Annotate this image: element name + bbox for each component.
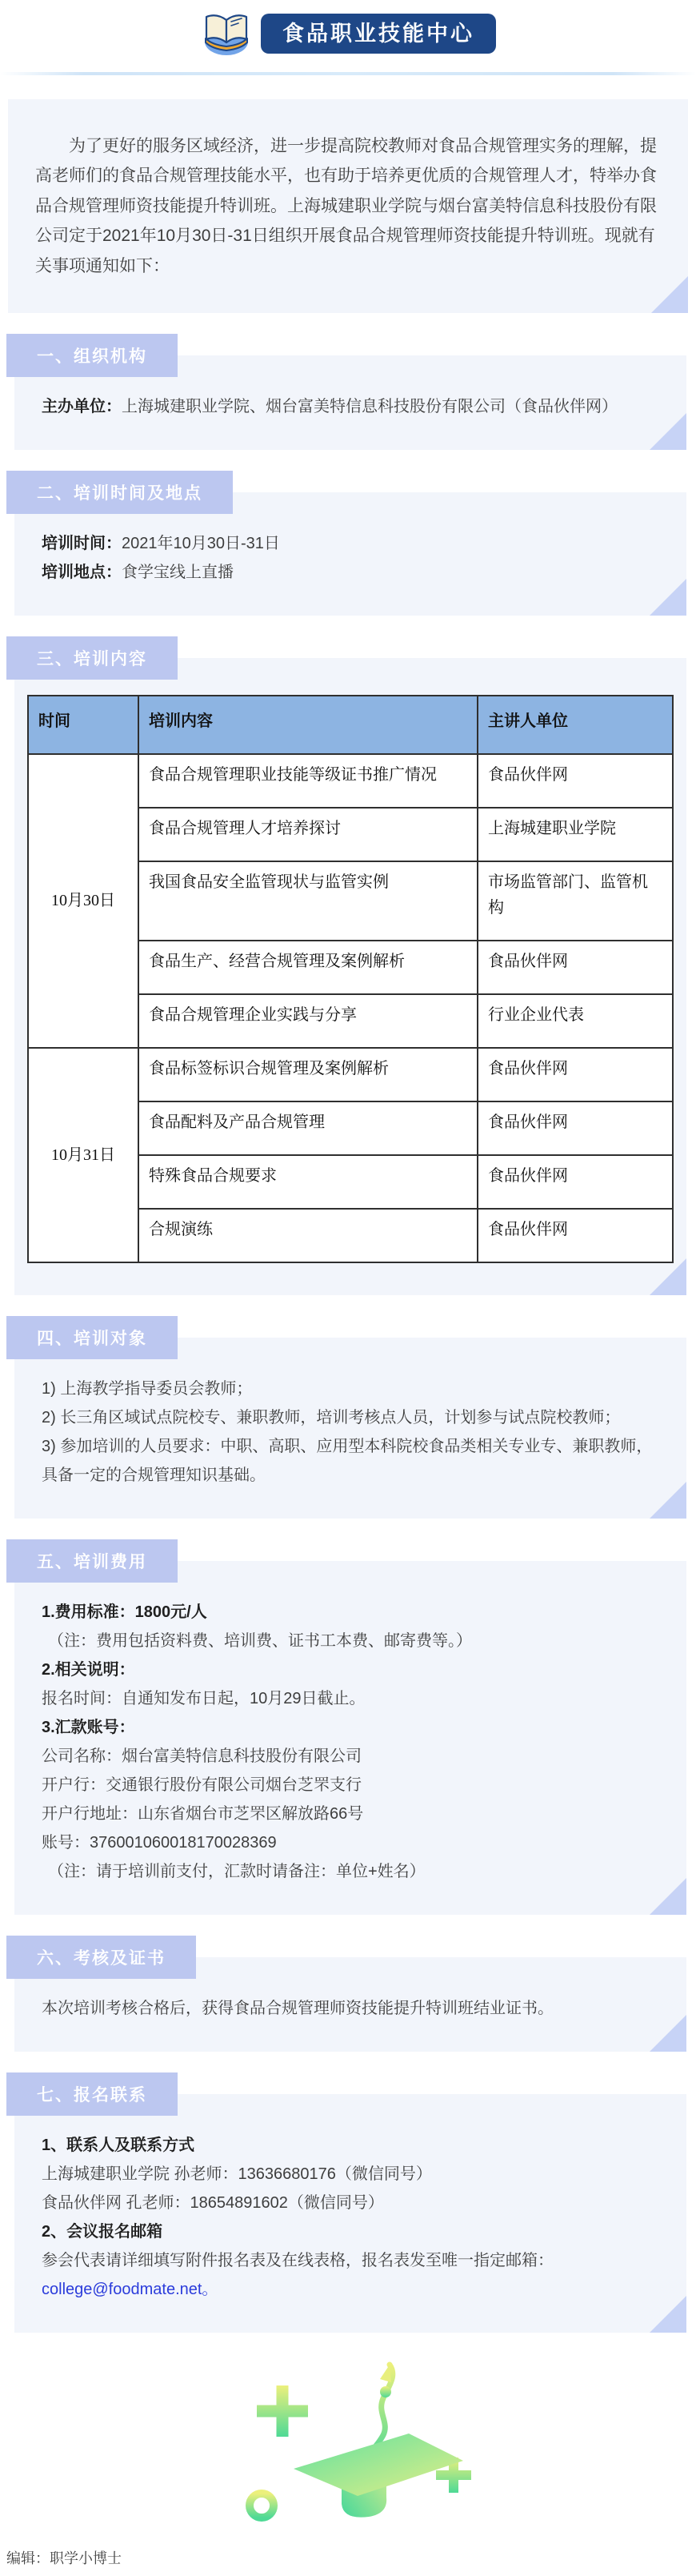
contact-title: 1、联系人及联系方式 xyxy=(42,2131,659,2160)
company-name: 公司名称：烟台富美特信息科技股份有限公司 xyxy=(42,1742,659,1771)
contact-person: 上海城建职业学院 孙老师：13636680176（微信同号） xyxy=(42,2160,659,2189)
schedule-speaker-cell: 市场监管部门、监管机构 xyxy=(478,861,673,941)
section-title-badge: 三、培训内容 xyxy=(6,636,178,680)
section-title-badge: 七、报名联系 xyxy=(6,2072,178,2116)
page-title: 食品职业技能中心 xyxy=(261,14,496,54)
schedule-topic-cell: 合规演练 xyxy=(138,1209,478,1262)
section-audience: 四、培训对象 1) 上海教学指导委员会教师； 2) 长三角区域试点院校专、兼职教… xyxy=(0,1316,696,1519)
section-certificate: 六、考核及证书 本次培训考核合格后，获得食品合规管理师资技能提升特训班结业证书。 xyxy=(0,1936,696,2052)
schedule-speaker-cell: 食品伙伴网 xyxy=(478,754,673,808)
account-number: 账号：376001060018170028369 xyxy=(42,1828,659,1857)
intro-panel: 为了更好的服务区域经济，进一步提高院校教师对食品合规管理实务的理解，提高老师们的… xyxy=(8,99,688,313)
open-book-icon xyxy=(200,10,253,58)
schedule-speaker-cell: 食品伙伴网 xyxy=(478,1101,673,1155)
fee-note: （注：费用包括资料费、培训费、证书工本费、邮寄费等。） xyxy=(42,1627,659,1655)
schedule-topic-cell: 食品标签标识合规管理及案例解析 xyxy=(138,1048,478,1101)
related-notes-title: 2.相关说明： xyxy=(42,1655,659,1684)
table-row: 10月30日 食品合规管理职业技能等级证书推广情况 食品伙伴网 xyxy=(28,754,673,808)
certificate-text: 本次培训考核合格后，获得食品合规管理师资技能提升特训班结业证书。 xyxy=(42,1994,659,2023)
fee-standard: 1.费用标准：1800元/人 xyxy=(42,1598,659,1627)
field-label: 主办单位： xyxy=(42,398,122,415)
schedule-speaker-cell: 行业企业代表 xyxy=(478,994,673,1048)
schedule-speaker-cell: 食品伙伴网 xyxy=(478,1209,673,1262)
schedule-topic-cell: 食品生产、经营合规管理及案例解析 xyxy=(138,941,478,994)
section-panel: 1.费用标准：1800元/人 （注：费用包括资料费、培训费、证书工本费、邮寄费等… xyxy=(14,1561,686,1915)
text-line: 主办单位：上海城建职业学院、烟台富美特信息科技股份有限公司（食品伙伴网） xyxy=(42,392,659,421)
list-item: 3) 参加培训的人员要求：中职、高职、应用型本科院校食品类相关专业专、兼职教师，… xyxy=(42,1432,659,1490)
field-label: 培训时间： xyxy=(42,535,122,552)
schedule-speaker-cell: 食品伙伴网 xyxy=(478,1155,673,1209)
section-fees: 五、培训费用 1.费用标准：1800元/人 （注：费用包括资料费、培训费、证书工… xyxy=(0,1539,696,1915)
field-value: 食学宝线上直播 xyxy=(122,564,234,581)
field-value: 2021年10月30日-31日 xyxy=(122,535,280,552)
email-link[interactable]: college@foodmate.net。 xyxy=(42,2281,218,2298)
page-header: 食品职业技能中心 xyxy=(0,0,696,64)
schedule-topic-cell: 食品配料及产品合规管理 xyxy=(138,1101,478,1155)
header-divider xyxy=(0,72,696,75)
table-header-row: 时间 培训内容 主讲人单位 xyxy=(28,696,673,754)
schedule-topic-cell: 食品合规管理企业实践与分享 xyxy=(138,994,478,1048)
contact-person: 食品伙伴网 孔老师：18654891602（微信同号） xyxy=(42,2189,659,2217)
section-title-badge: 二、培训时间及地点 xyxy=(6,471,233,514)
remittance-title: 3.汇款账号： xyxy=(42,1713,659,1742)
section-title-badge: 一、组织机构 xyxy=(6,334,178,377)
training-schedule-table: 时间 培训内容 主讲人单位 10月30日 食品合规管理职业技能等级证书推广情况 … xyxy=(27,695,674,1263)
list-item: 1) 上海教学指导委员会教师； xyxy=(42,1374,659,1403)
text-line: 培训时间：2021年10月30日-31日 xyxy=(42,529,659,558)
col-header-content: 培训内容 xyxy=(138,696,478,754)
email-description: 参会代表请详细填写附件报名表及在线表格，报名表发至唯一指定邮箱： xyxy=(42,2246,659,2275)
section-contact: 七、报名联系 1、联系人及联系方式 上海城建职业学院 孙老师：136366801… xyxy=(0,2072,696,2333)
schedule-topic-cell: 食品合规管理人才培养探讨 xyxy=(138,808,478,861)
section-panel: 1) 上海教学指导委员会教师； 2) 长三角区域试点院校专、兼职教师，培训考核点… xyxy=(14,1338,686,1519)
section-panel: 1、联系人及联系方式 上海城建职业学院 孙老师：13636680176（微信同号… xyxy=(14,2094,686,2333)
col-header-speaker: 主讲人单位 xyxy=(478,696,673,754)
schedule-date-cell: 10月31日 xyxy=(28,1048,138,1262)
email-title: 2、会议报名邮箱 xyxy=(42,2217,659,2246)
section-organizer: 一、组织机构 主办单位：上海城建职业学院、烟台富美特信息科技股份有限公司（食品伙… xyxy=(0,334,696,450)
schedule-speaker-cell: 上海城建职业学院 xyxy=(478,808,673,861)
schedule-topic-cell: 我国食品安全监管现状与监管实例 xyxy=(138,861,478,941)
section-title-badge: 五、培训费用 xyxy=(6,1539,178,1583)
schedule-topic-cell: 特殊食品合规要求 xyxy=(138,1155,478,1209)
editor-credit: 编辑：职学小博士 xyxy=(6,2547,696,2568)
graduation-cap-illustration xyxy=(0,2355,696,2539)
section-title-badge: 六、考核及证书 xyxy=(6,1936,196,1979)
schedule-speaker-cell: 食品伙伴网 xyxy=(478,1048,673,1101)
section-training-content: 三、培训内容 时间 培训内容 主讲人单位 10月30日 食品合规管理职业技能等级… xyxy=(0,636,696,1295)
text-line: 培训地点：食学宝线上直播 xyxy=(42,558,659,587)
table-row: 10月31日 食品标签标识合规管理及案例解析 食品伙伴网 xyxy=(28,1048,673,1101)
field-label: 培训地点： xyxy=(42,564,122,581)
col-header-time: 时间 xyxy=(28,696,138,754)
bank-address: 开户行地址：山东省烟台市芝罘区解放路66号 xyxy=(42,1800,659,1828)
payment-note: （注：请于培训前支付，汇款时请备注：单位+姓名） xyxy=(42,1857,659,1886)
signup-deadline: 报名时间：自通知发布日起，10月29日截止。 xyxy=(42,1684,659,1713)
schedule-speaker-cell: 食品伙伴网 xyxy=(478,941,673,994)
section-panel: 时间 培训内容 主讲人单位 10月30日 食品合规管理职业技能等级证书推广情况 … xyxy=(14,658,686,1295)
schedule-date-cell: 10月30日 xyxy=(28,754,138,1048)
intro-paragraph: 为了更好的服务区域经济，进一步提高院校教师对食品合规管理实务的理解，提高老师们的… xyxy=(35,131,661,281)
list-item: 2) 长三角区域试点院校专、兼职教师，培训考核点人员，计划参与试点院校教师； xyxy=(42,1403,659,1432)
section-title-badge: 四、培训对象 xyxy=(6,1316,178,1359)
schedule-topic-cell: 食品合规管理职业技能等级证书推广情况 xyxy=(138,754,478,808)
bank-name: 开户行：交通银行股份有限公司烟台芝罘支行 xyxy=(42,1771,659,1800)
section-time-place: 二、培训时间及地点 培训时间：2021年10月30日-31日 培训地点：食学宝线… xyxy=(0,471,696,616)
field-value: 上海城建职业学院、烟台富美特信息科技股份有限公司（食品伙伴网） xyxy=(122,398,618,415)
